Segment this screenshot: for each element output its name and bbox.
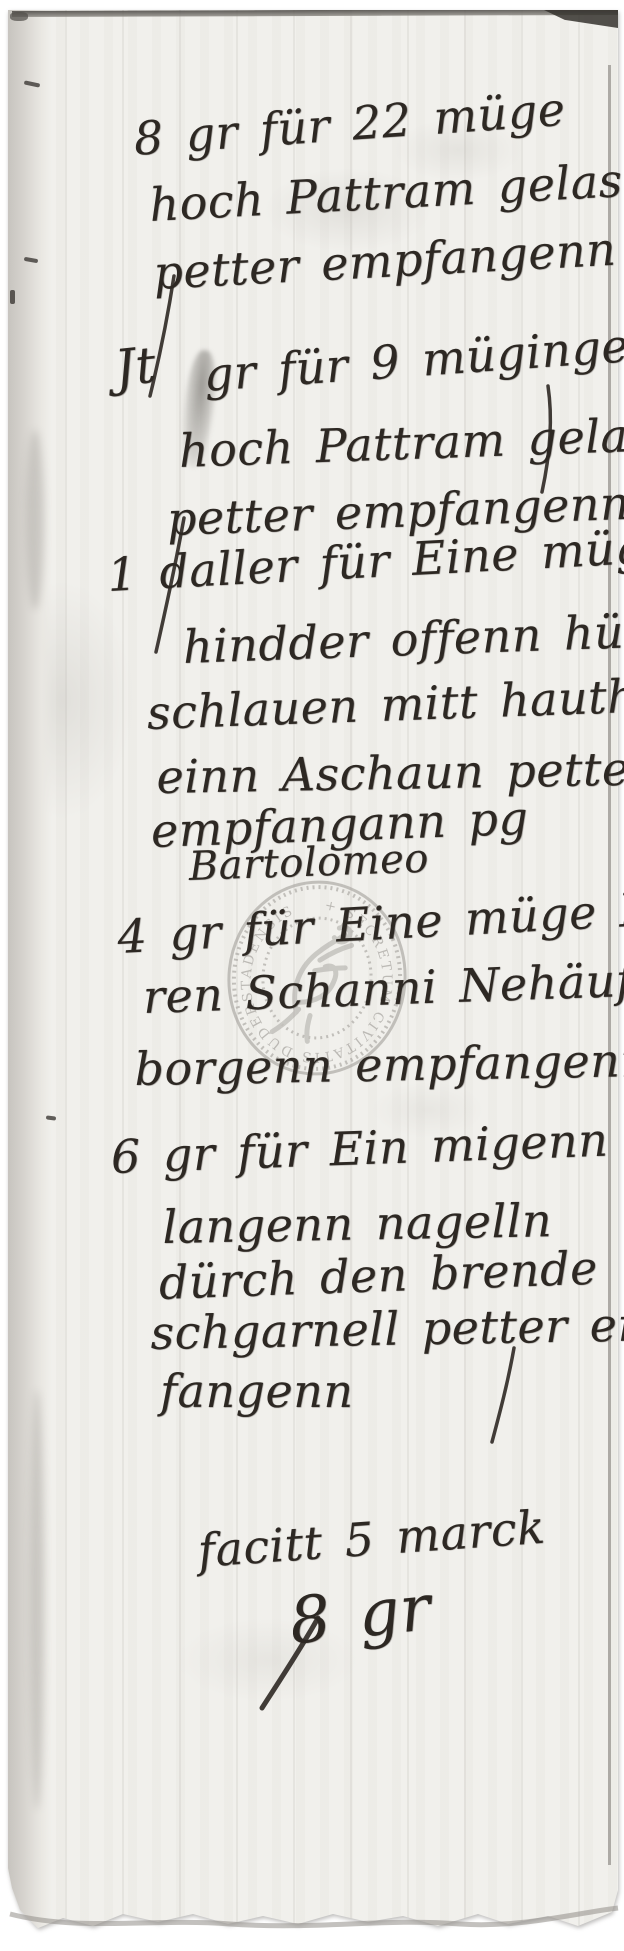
slash-stroke — [492, 1348, 514, 1442]
entry-3-line-6: Bartolomeo — [188, 836, 430, 890]
entry-5-line-1: 6 gr für Ein migenn — [110, 1113, 609, 1184]
entry-1-line-2: hoch Pattram gelas — [148, 153, 624, 232]
summary-paraph: 8 gr — [286, 1571, 435, 1659]
deckle-bottom-edge — [10, 1908, 618, 1926]
entry-2-line-1: gr für 9 müginge — [202, 318, 624, 402]
manuscript-scan-page: + SECRETUM CIVITATIS DUDERSTADENSIS 8 gr… — [0, 0, 624, 1951]
entry-1-line-1: 8 gr für 22 müge — [132, 82, 567, 166]
entry-5-line-4: schgarnell petter en — [150, 1297, 624, 1360]
entry-4-line-2: ren Schanni Nehäuffte — [142, 951, 624, 1024]
entry-3-line-2: hindder offenn hün — [182, 604, 624, 674]
entry-2-line-2: hoch Pattram gelas — [178, 407, 624, 477]
entry-1-line-3: petter empfangenn — [152, 222, 617, 300]
entry-2-item-mark: Jt — [112, 336, 159, 398]
entry-4-line-3: borgenn empfangenn — [134, 1033, 624, 1096]
summary-total-line: facitt 5 marck — [196, 1500, 547, 1578]
entry-5-line-5: fangenn — [160, 1364, 354, 1418]
manuscript-content: + SECRETUM CIVITATIS DUDERSTADENSIS 8 gr… — [0, 0, 624, 1951]
entry-3-line-3: schlauen mitt hauth — [146, 669, 624, 740]
